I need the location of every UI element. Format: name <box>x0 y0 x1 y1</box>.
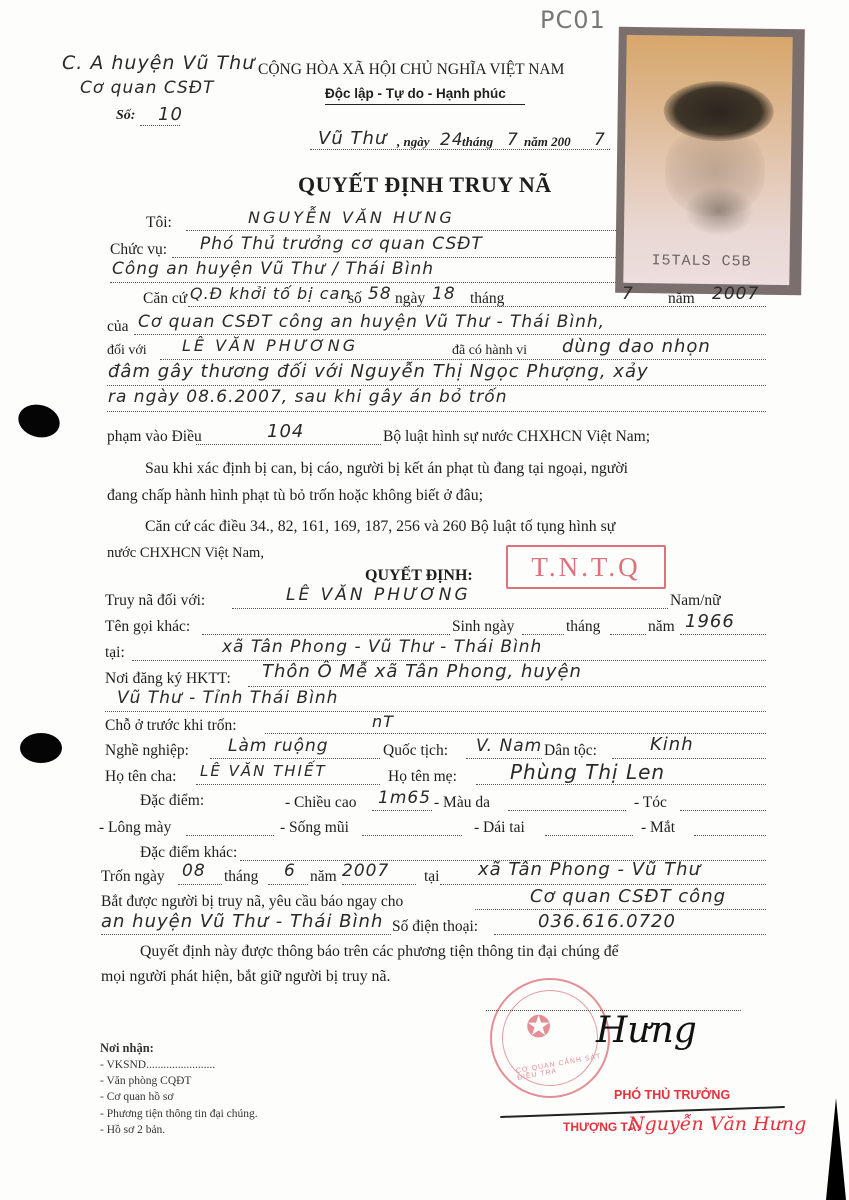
nam-value: 2007 <box>712 284 759 304</box>
agency-number-dots <box>140 125 180 126</box>
date-year-suffix: 7 <box>594 130 606 150</box>
ear-label: - Dái tai <box>474 819 525 837</box>
hktt-label: Nơi đăng ký HKTT: <box>105 670 231 688</box>
ngay-value: 18 <box>432 284 456 304</box>
hktt-value-1: Thôn Ô Mễ xã Tân Phong, huyện <box>262 661 582 682</box>
previous-value: nT <box>372 712 394 731</box>
dob-year-dots <box>680 634 766 635</box>
closing-1: Quyết định này được thông báo trên các p… <box>140 943 619 961</box>
photo-code: I5TALS C5B <box>651 252 751 270</box>
wanted-name-value: LÊ VĂN PHƯƠNG <box>286 585 471 605</box>
so-value: 58 <box>368 284 392 304</box>
motto-underline <box>325 104 525 105</box>
chucvu-value-1: Phó Thủ trưởng cơ quan CSĐT <box>200 234 483 254</box>
agency-number-value: 10 <box>158 104 183 125</box>
recipient-item: - VKSND........................ <box>100 1057 215 1073</box>
report-dots-2 <box>101 934 391 935</box>
fled-year: 2007 <box>342 861 389 881</box>
ethnic-value: Kinh <box>650 734 694 755</box>
brow-dots <box>186 835 274 836</box>
fled-day-dots <box>178 884 222 885</box>
fled-year-label: năm <box>310 868 337 886</box>
so-label: số <box>348 290 362 308</box>
nose-label: - Sống mũi <box>280 819 349 837</box>
height-value: 1m65 <box>378 788 431 808</box>
cua-dots <box>134 334 766 335</box>
suspect-photo: I5TALS C5B <box>615 27 805 296</box>
document-title: QUYẾT ĐỊNH TRUY NÃ <box>298 172 552 198</box>
dob-year-label: năm <box>648 618 675 636</box>
hanhvi-label: đã có hành vi <box>452 343 527 359</box>
fled-day: 08 <box>182 861 206 881</box>
report-dots-1 <box>475 909 766 910</box>
signer-name: Nguyễn Văn Hưng <box>628 1113 806 1135</box>
father-dots <box>196 784 380 785</box>
mother-label: Họ tên mẹ: <box>388 768 457 786</box>
chucvu-dots-1 <box>172 257 616 258</box>
seal-star-icon: ✪ <box>526 1010 551 1045</box>
chucvu-label: Chức vụ: <box>110 241 167 259</box>
closing-2: mọi người phát hiện, bắt giữ người bị tr… <box>101 968 390 986</box>
wanted-name-label: Truy nã đối với: <box>105 592 205 610</box>
cua-label: của <box>107 318 129 336</box>
toi-value: NGUYỄN VĂN HƯNG <box>248 208 455 227</box>
name-dots <box>232 608 668 609</box>
punch-hole-top <box>15 400 64 442</box>
nam-label: năm <box>668 290 695 308</box>
mother-value: Phùng Thị Len <box>510 760 665 784</box>
dob-month-dots <box>610 634 646 635</box>
recipient-item: - Văn phòng CQĐT <box>100 1073 191 1089</box>
hanhvi-dots-2 <box>107 385 766 386</box>
cancu-label: Căn cứ <box>143 290 187 308</box>
birthplace-label: tại: <box>105 644 125 662</box>
phone-value: 036.616.0720 <box>538 911 676 932</box>
doivoi-label: đối với <box>107 343 147 359</box>
nationality-label: Quốc tịch: <box>383 742 448 760</box>
signature-scribble: Hưng <box>596 1010 697 1051</box>
date-month: 7 <box>507 130 519 150</box>
job-value: Làm ruộng <box>228 736 329 756</box>
previous-label: Chỗ ở trước khi trốn: <box>105 717 237 735</box>
photo-chin <box>684 186 755 237</box>
cua-value: Cơ quan CSĐT công an huyện Vũ Thư - Thái… <box>138 312 605 332</box>
hanhvi-dots-3 <box>107 411 766 412</box>
recipient-item: - Phương tiện thông tin đại chúng. <box>100 1106 258 1122</box>
paragraph-2: Căn cứ các điều 34., 82, 161, 169, 187, … <box>145 518 615 536</box>
national-motto: Độc lập - Tự do - Hạnh phúc <box>325 86 506 101</box>
toi-label: Tôi: <box>146 214 172 232</box>
fled-month-label: tháng <box>224 868 258 886</box>
father-value: LÊ VĂN THIẾT <box>200 762 327 780</box>
recipient-item: - Cơ quan hồ sơ <box>100 1089 174 1105</box>
hktt-dots-1 <box>248 686 766 687</box>
job-dots <box>210 758 380 759</box>
official-seal: ✪ CƠ QUAN CẢNH SÁT ĐIỀU TRA <box>490 978 610 1098</box>
nationality-dots <box>466 758 542 759</box>
doivoi-dots <box>160 359 766 360</box>
job-label: Nghề nghiệp: <box>105 742 189 760</box>
ethnic-label: Dân tộc: <box>544 742 597 760</box>
doivoi-value: LÊ VĂN PHƯƠNG <box>182 336 358 355</box>
ear-dots <box>545 835 633 836</box>
pencil-code: PC01 <box>540 6 606 34</box>
punch-hole-bottom <box>20 733 62 763</box>
report-label: Bắt được người bị truy nã, yêu cầu báo n… <box>101 893 403 911</box>
ethnic-dots <box>612 758 766 759</box>
paragraph-1b: đang chấp hành hình phạt tù bỏ trốn hoặc… <box>107 487 483 505</box>
hktt-dots-2 <box>105 711 766 712</box>
agency-number-label: Số: <box>116 108 135 124</box>
eye-dots <box>694 835 766 836</box>
skin-label: - Màu da <box>434 794 490 812</box>
report-value-2: an huyện Vũ Thư - Thái Bình <box>101 911 383 932</box>
fled-month: 6 <box>284 861 296 881</box>
fled-day-label: Trốn ngày <box>101 868 165 886</box>
dieu-dots <box>196 444 381 445</box>
hair-dots <box>680 810 766 811</box>
nationality-value: V. Nam <box>476 736 542 756</box>
chucvu-dots-2 <box>110 282 616 283</box>
signer-position: PHÓ THỦ TRƯỞNG <box>614 1088 730 1102</box>
mother-dots <box>476 784 766 785</box>
date-place: Vũ Thư <box>318 128 387 149</box>
recipients-heading: Nơi nhận: <box>100 1040 154 1056</box>
agency-line-2: Cơ quan CSĐT <box>80 78 214 98</box>
national-title: CỘNG HÒA XÃ HỘI CHỦ NGHĨA VIỆT NAM <box>258 61 564 79</box>
cancu-value: Q.Đ khởi tố bị can <box>190 284 351 303</box>
chucvu-value-2: Công an huyện Vũ Thư / Thái Bình <box>112 259 434 279</box>
height-label: - Chiều cao <box>285 794 356 812</box>
dieu-label: phạm vào Điều <box>107 428 202 446</box>
report-value-1: Cơ quan CSĐT công <box>530 886 726 907</box>
hanhvi-value-2: đâm gây thương đối với Nguyễn Thị Ngọc P… <box>108 361 649 382</box>
phone-dots <box>494 934 766 935</box>
phone-label: Số điện thoại: <box>392 918 478 936</box>
hanhvi-value-3: ra ngày 08.6.2007, sau khi gây án bỏ trố… <box>108 387 507 407</box>
date-month-label: tháng <box>462 134 493 150</box>
alias-dots <box>202 634 450 635</box>
date-day-label: , ngày <box>397 134 430 150</box>
gender-label: Nam/nữ <box>670 592 721 610</box>
hair-label: - Tóc <box>634 794 667 812</box>
features-label: Đặc điểm: <box>140 792 204 810</box>
date-year-label: năm 200 <box>524 134 571 150</box>
alias-label: Tên gọi khác: <box>105 618 190 636</box>
fled-month-dots <box>268 884 308 885</box>
father-label: Họ tên cha: <box>105 768 176 786</box>
tntq-stamp: T.N.T.Q <box>506 545 666 589</box>
hanhvi-value-1: dùng dao nhọn <box>562 336 711 357</box>
agency-line-1: C. A huyện Vũ Thư <box>62 52 255 74</box>
ngay-label: ngày <box>395 290 425 308</box>
decision-heading: QUYẾT ĐỊNH: <box>365 567 473 585</box>
birthplace-value: xã Tân Phong - Vũ Thư - Thái Bình <box>222 637 542 657</box>
dob-label: Sinh ngày <box>452 618 514 636</box>
nose-dots <box>362 835 462 836</box>
other-label: Đặc điểm khác: <box>140 844 237 862</box>
skin-dots <box>508 810 626 811</box>
dieu-value: 104 <box>267 421 304 442</box>
fled-place-dots <box>440 884 766 885</box>
toi-dots <box>186 230 616 231</box>
thang-label: tháng <box>470 290 504 308</box>
dob-year: 1966 <box>685 611 735 632</box>
brow-label: - Lông mày <box>99 819 171 837</box>
fled-place: xã Tân Phong - Vũ Thư <box>478 859 701 880</box>
paragraph-2b: nước CHXHCN Việt Nam, <box>107 545 264 562</box>
dob-month-label: tháng <box>566 618 600 636</box>
dieu-suffix: Bộ luật hình sự nước CHXHCN Việt Nam; <box>383 428 650 446</box>
paragraph-1: Sau khi xác định bị can, bị cáo, người b… <box>145 460 628 478</box>
hktt-value-2: Vũ Thư - Tỉnh Thái Bình <box>117 688 338 708</box>
dob-day-dots <box>522 634 564 635</box>
page-edge-shadow <box>826 1098 846 1200</box>
recipient-item: - Hồ sơ 2 bản. <box>100 1122 165 1138</box>
thang-value: 7 <box>622 284 634 304</box>
date-day: 24 <box>440 130 464 150</box>
height-dots <box>372 810 432 811</box>
eye-label: - Mắt <box>641 819 675 837</box>
fled-year-dots <box>342 884 416 885</box>
fled-place-label: tại <box>424 868 440 886</box>
